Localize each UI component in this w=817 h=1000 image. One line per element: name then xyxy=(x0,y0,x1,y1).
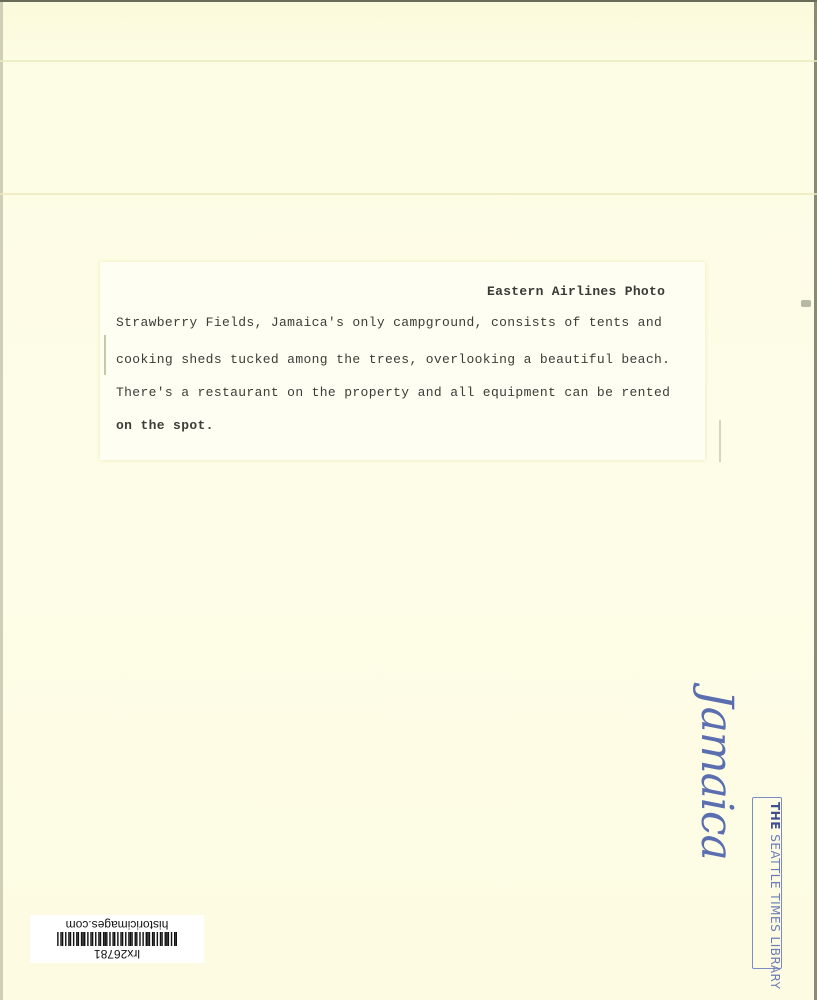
barcode-icon xyxy=(57,932,177,946)
caption-line: cooking sheds tucked among the trees, ov… xyxy=(116,352,670,367)
smudge-mark xyxy=(801,300,811,307)
caption-line: on the spot. xyxy=(116,418,214,433)
library-stamp: THE SEATTLE TIMES LIBRARY xyxy=(768,802,782,989)
paper-crease xyxy=(0,60,817,62)
stamp-text: SEATTLE TIMES LIBRARY xyxy=(768,834,782,989)
caption-line: There's a restaurant on the property and… xyxy=(116,385,670,400)
slip-edge-mark xyxy=(719,420,721,462)
barcode-label: lrx26781 historicimages.com xyxy=(30,915,204,963)
barcode-site: historicimages.com xyxy=(30,918,204,932)
slip-edge-mark xyxy=(104,335,106,375)
paper-crease xyxy=(0,193,817,195)
stamp-bold-word: THE xyxy=(768,802,782,830)
caption-line: Strawberry Fields, Jamaica's only campgr… xyxy=(116,315,662,330)
barcode-id: lrx26781 xyxy=(30,947,204,961)
handwritten-note: Jamaica xyxy=(691,690,742,810)
photo-credit: Eastern Airlines Photo xyxy=(487,284,665,299)
